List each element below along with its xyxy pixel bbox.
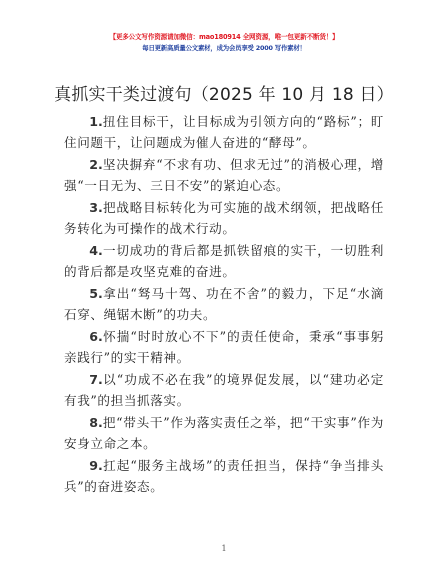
page-number: 1 <box>0 544 448 553</box>
paragraph-number: 7. <box>89 372 103 387</box>
paragraph-text: 扛起“服务主战场”的责任担当，保持“争当排头兵”的奋进姿态。 <box>64 458 384 494</box>
paragraph-text: 怀揣“时时放心不下”的责任使命，秉承“事事躬亲践行”的实干精神。 <box>64 329 384 365</box>
paragraph-3: 3.把战略目标转化为可实施的战术纲领，把战略任务转化为可操作的战术行动。 <box>64 197 384 239</box>
paragraph-text: 坚决摒弃“不求有功、但求无过”的消极心理，增强“一日无为、三日不安”的紧迫心态。 <box>64 157 384 193</box>
paragraph-text: 扭住目标干，让目标成为引领方向的“路标”；盯住问题干，让问题成为催人奋进的“酵母… <box>64 114 384 150</box>
paragraph-text: 以“功成不必在我”的境界促发展，以“建功必定有我”的担当抓落实。 <box>64 372 384 408</box>
paragraph-number: 6. <box>89 329 103 344</box>
paragraph-number: 3. <box>89 200 103 215</box>
paragraph-number: 4. <box>89 243 103 258</box>
document-title: 真抓实干类过渡句（2025 年 10 月 18 日） <box>0 80 448 105</box>
paragraph-text: 一切成功的背后都是抓铁留痕的实干，一切胜利的背后都是攻坚克难的奋进。 <box>64 243 384 279</box>
paragraph-text: 把战略目标转化为可实施的战术纲领，把战略任务转化为可操作的战术行动。 <box>64 200 384 236</box>
paragraph-text: 拿出“驽马十驾、功在不舍”的毅力，下足“水滴石穿、绳锯木断”的功夫。 <box>64 286 384 322</box>
paragraph-2: 2.坚决摒弃“不求有功、但求无过”的消极心理，增强“一日无为、三日不安”的紧迫心… <box>64 154 384 196</box>
document-page: 【更多公文写作资源请加微信：mao180914 全网资源，唯一包更新不断货！】 … <box>0 0 448 580</box>
paragraph-4: 4.一切成功的背后都是抓铁留痕的实干，一切胜利的背后都是攻坚克难的奋进。 <box>64 240 384 282</box>
paragraph-number: 5. <box>89 286 103 301</box>
paragraph-number: 9. <box>89 458 103 473</box>
paragraph-number: 2. <box>89 157 103 172</box>
paragraph-number: 8. <box>89 415 103 430</box>
paragraph-number: 1. <box>89 114 103 129</box>
promo-banner-line-1: 【更多公文写作资源请加微信：mao180914 全网资源，唯一包更新不断货！】 <box>0 31 448 41</box>
paragraph-9: 9.扛起“服务主战场”的责任担当，保持“争当排头兵”的奋进姿态。 <box>64 455 384 497</box>
paragraph-6: 6.怀揣“时时放心不下”的责任使命，秉承“事事躬亲践行”的实干精神。 <box>64 326 384 368</box>
paragraph-1: 1.扭住目标干，让目标成为引领方向的“路标”；盯住问题干，让问题成为催人奋进的“… <box>64 111 384 153</box>
paragraph-7: 7.以“功成不必在我”的境界促发展，以“建功必定有我”的担当抓落实。 <box>64 369 384 411</box>
document-body: 1.扭住目标干，让目标成为引领方向的“路标”；盯住问题干，让问题成为催人奋进的“… <box>64 111 384 498</box>
paragraph-text: 把“带头干”作为落实责任之举，把“干实事”作为安身立命之本。 <box>64 415 384 451</box>
promo-banner-line-2: 每日更新高质量公文素材，成为会员享受 2000 写作素材！ <box>0 43 448 52</box>
paragraph-8: 8.把“带头干”作为落实责任之举，把“干实事”作为安身立命之本。 <box>64 412 384 454</box>
paragraph-5: 5.拿出“驽马十驾、功在不舍”的毅力，下足“水滴石穿、绳锯木断”的功夫。 <box>64 283 384 325</box>
